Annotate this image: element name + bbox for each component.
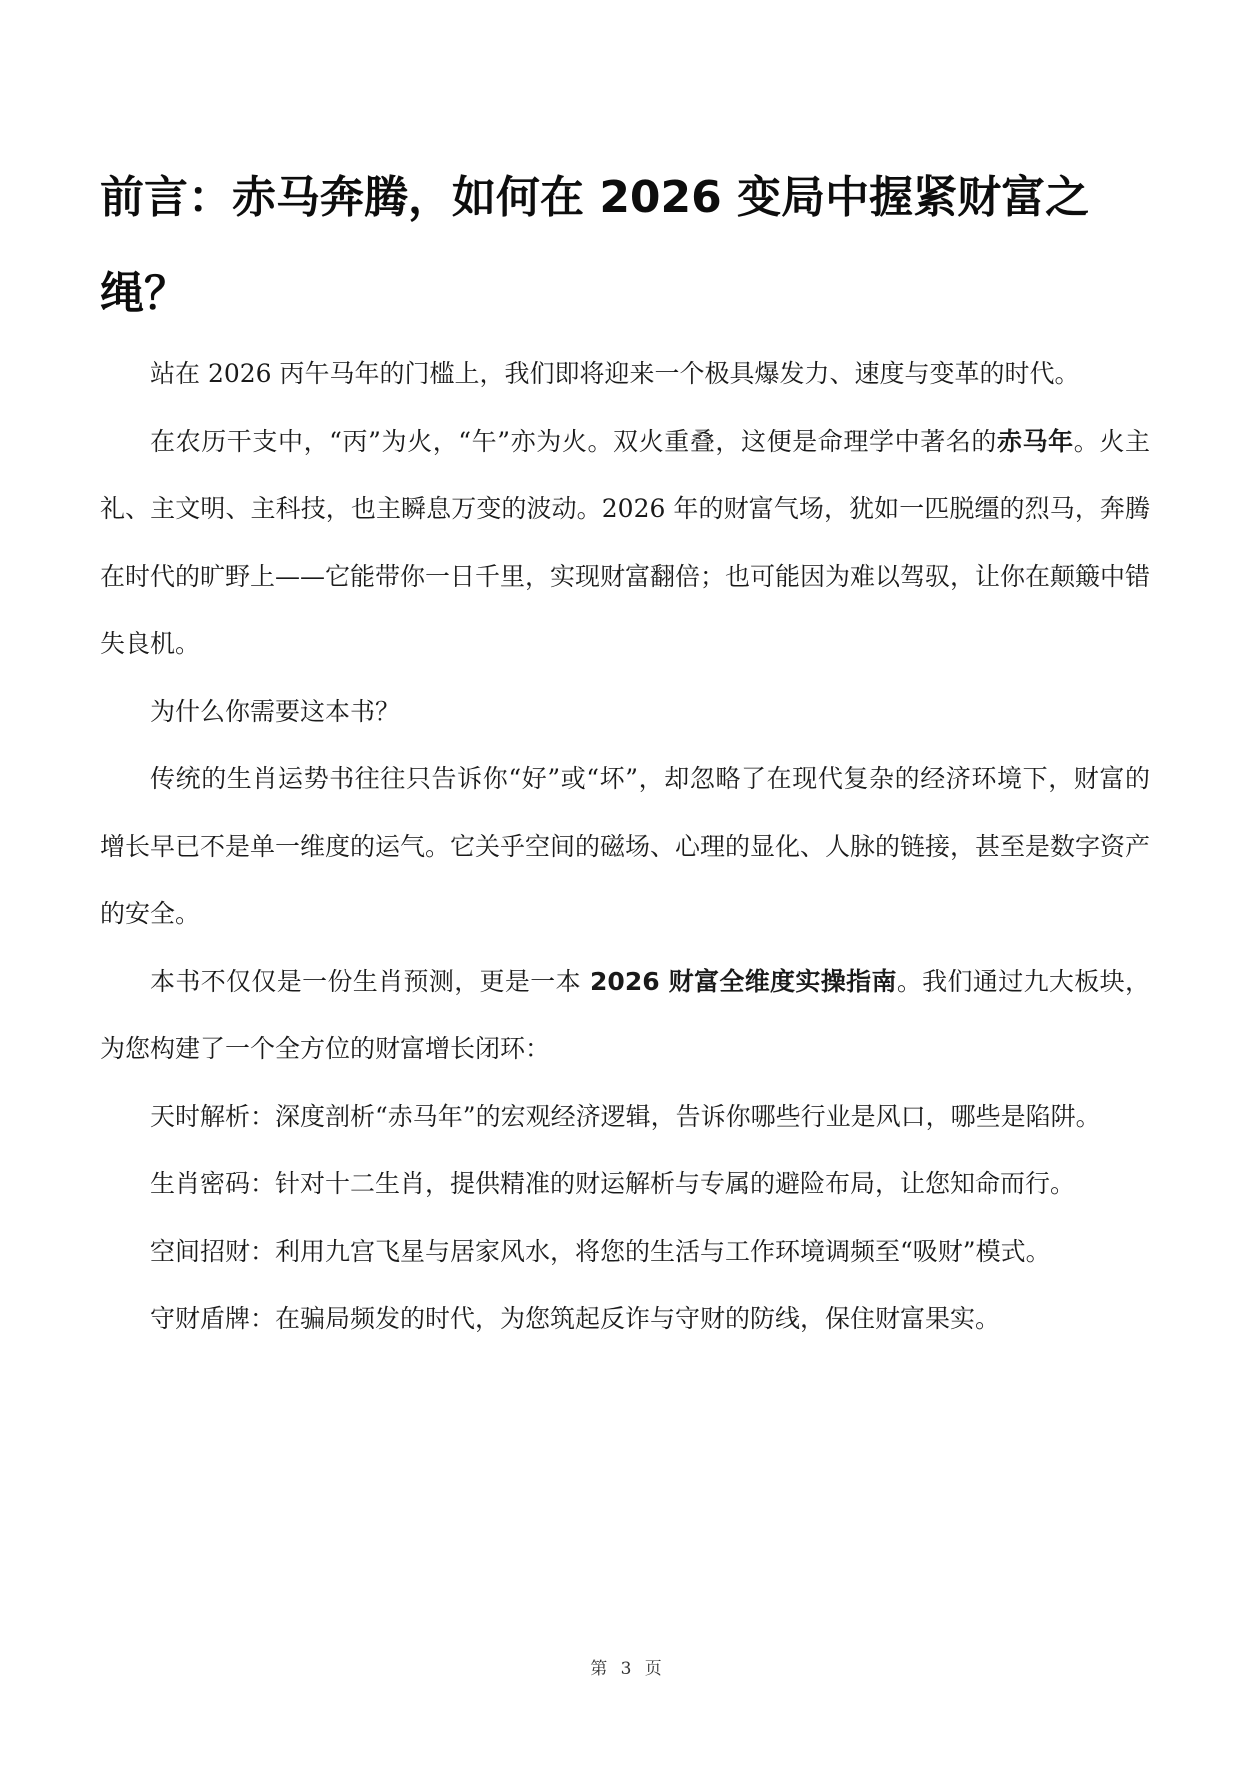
paragraph-text: 站在 2026 丙午马年的门槛上，我们即将迎来一个极具爆发力、速度与变革的时代。 <box>150 359 1080 388</box>
paragraph-text: 为什么你需要这本书？ <box>150 697 400 726</box>
paragraph-text: 。火主礼、主文明、主科技，也主瞬息万变的波动。2026 年的财富气场，犹如一匹脱… <box>100 427 1150 659</box>
paragraph-book-overview: 本书不仅仅是一份生肖预测，更是一本 2026 财富全维度实操指南。我们通过九大板… <box>100 948 1150 1083</box>
paragraph-text: 天时解析：深度剖析“赤马年”的宏观经济逻辑，告诉你哪些行业是风口，哪些是陷阱。 <box>150 1102 1101 1131</box>
bold-term-red-horse-year: 赤马年 <box>997 427 1074 456</box>
body-text: 站在 2026 丙午马年的门槛上，我们即将迎来一个极具爆发力、速度与变革的时代。… <box>100 340 1150 1353</box>
paragraph-section-timing: 天时解析：深度剖析“赤马年”的宏观经济逻辑，告诉你哪些行业是风口，哪些是陷阱。 <box>100 1083 1150 1151</box>
paragraph-red-horse-year: 在农历干支中，“丙”为火，“午”亦为火。双火重叠，这便是命理学中著名的赤马年。火… <box>100 408 1150 678</box>
paragraph-text: 本书不仅仅是一份生肖预测，更是一本 <box>150 967 581 996</box>
paragraph-section-zodiac: 生肖密码：针对十二生肖，提供精准的财运解析与专属的避险布局，让您知命而行。 <box>100 1150 1150 1218</box>
paragraph-section-shield: 守财盾牌：在骗局频发的时代，为您筑起反诈与守财的防线，保住财富果实。 <box>100 1285 1150 1353</box>
paragraph-text: 生肖密码：针对十二生肖，提供精准的财运解析与专属的避险布局，让您知命而行。 <box>150 1169 1075 1198</box>
paragraph-text: 在农历干支中，“丙”为火，“午”亦为火。双火重叠，这便是命理学中著名的 <box>150 427 997 456</box>
page-title: 前言：赤马奔腾，如何在 2026 变局中握紧财富之绳？ <box>100 150 1160 342</box>
paragraph-intro: 站在 2026 丙午马年的门槛上，我们即将迎来一个极具爆发力、速度与变革的时代。 <box>100 340 1150 408</box>
document-page: 前言：赤马奔腾，如何在 2026 变局中握紧财富之绳？ 站在 2026 丙午马年… <box>0 0 1256 1785</box>
paragraph-text: 空间招财：利用九宫飞星与居家风水，将您的生活与工作环境调频至“吸财”模式。 <box>150 1237 1051 1266</box>
paragraph-traditional-books: 传统的生肖运势书往往只告诉你“好”或“坏”，却忽略了在现代复杂的经济环境下，财富… <box>100 745 1150 948</box>
paragraph-text: 传统的生肖运势书往往只告诉你“好”或“坏”，却忽略了在现代复杂的经济环境下，财富… <box>100 764 1150 928</box>
paragraph-section-space: 空间招财：利用九宫飞星与居家风水，将您的生活与工作环境调频至“吸财”模式。 <box>100 1218 1150 1286</box>
paragraph-text: 守财盾牌：在骗局频发的时代，为您筑起反诈与守财的防线，保住财富果实。 <box>150 1304 1000 1333</box>
page-number: 第 3 页 <box>0 1654 1256 1679</box>
bold-term-guide: 2026 财富全维度实操指南 <box>581 967 897 996</box>
paragraph-why-this-book: 为什么你需要这本书？ <box>100 678 1150 746</box>
